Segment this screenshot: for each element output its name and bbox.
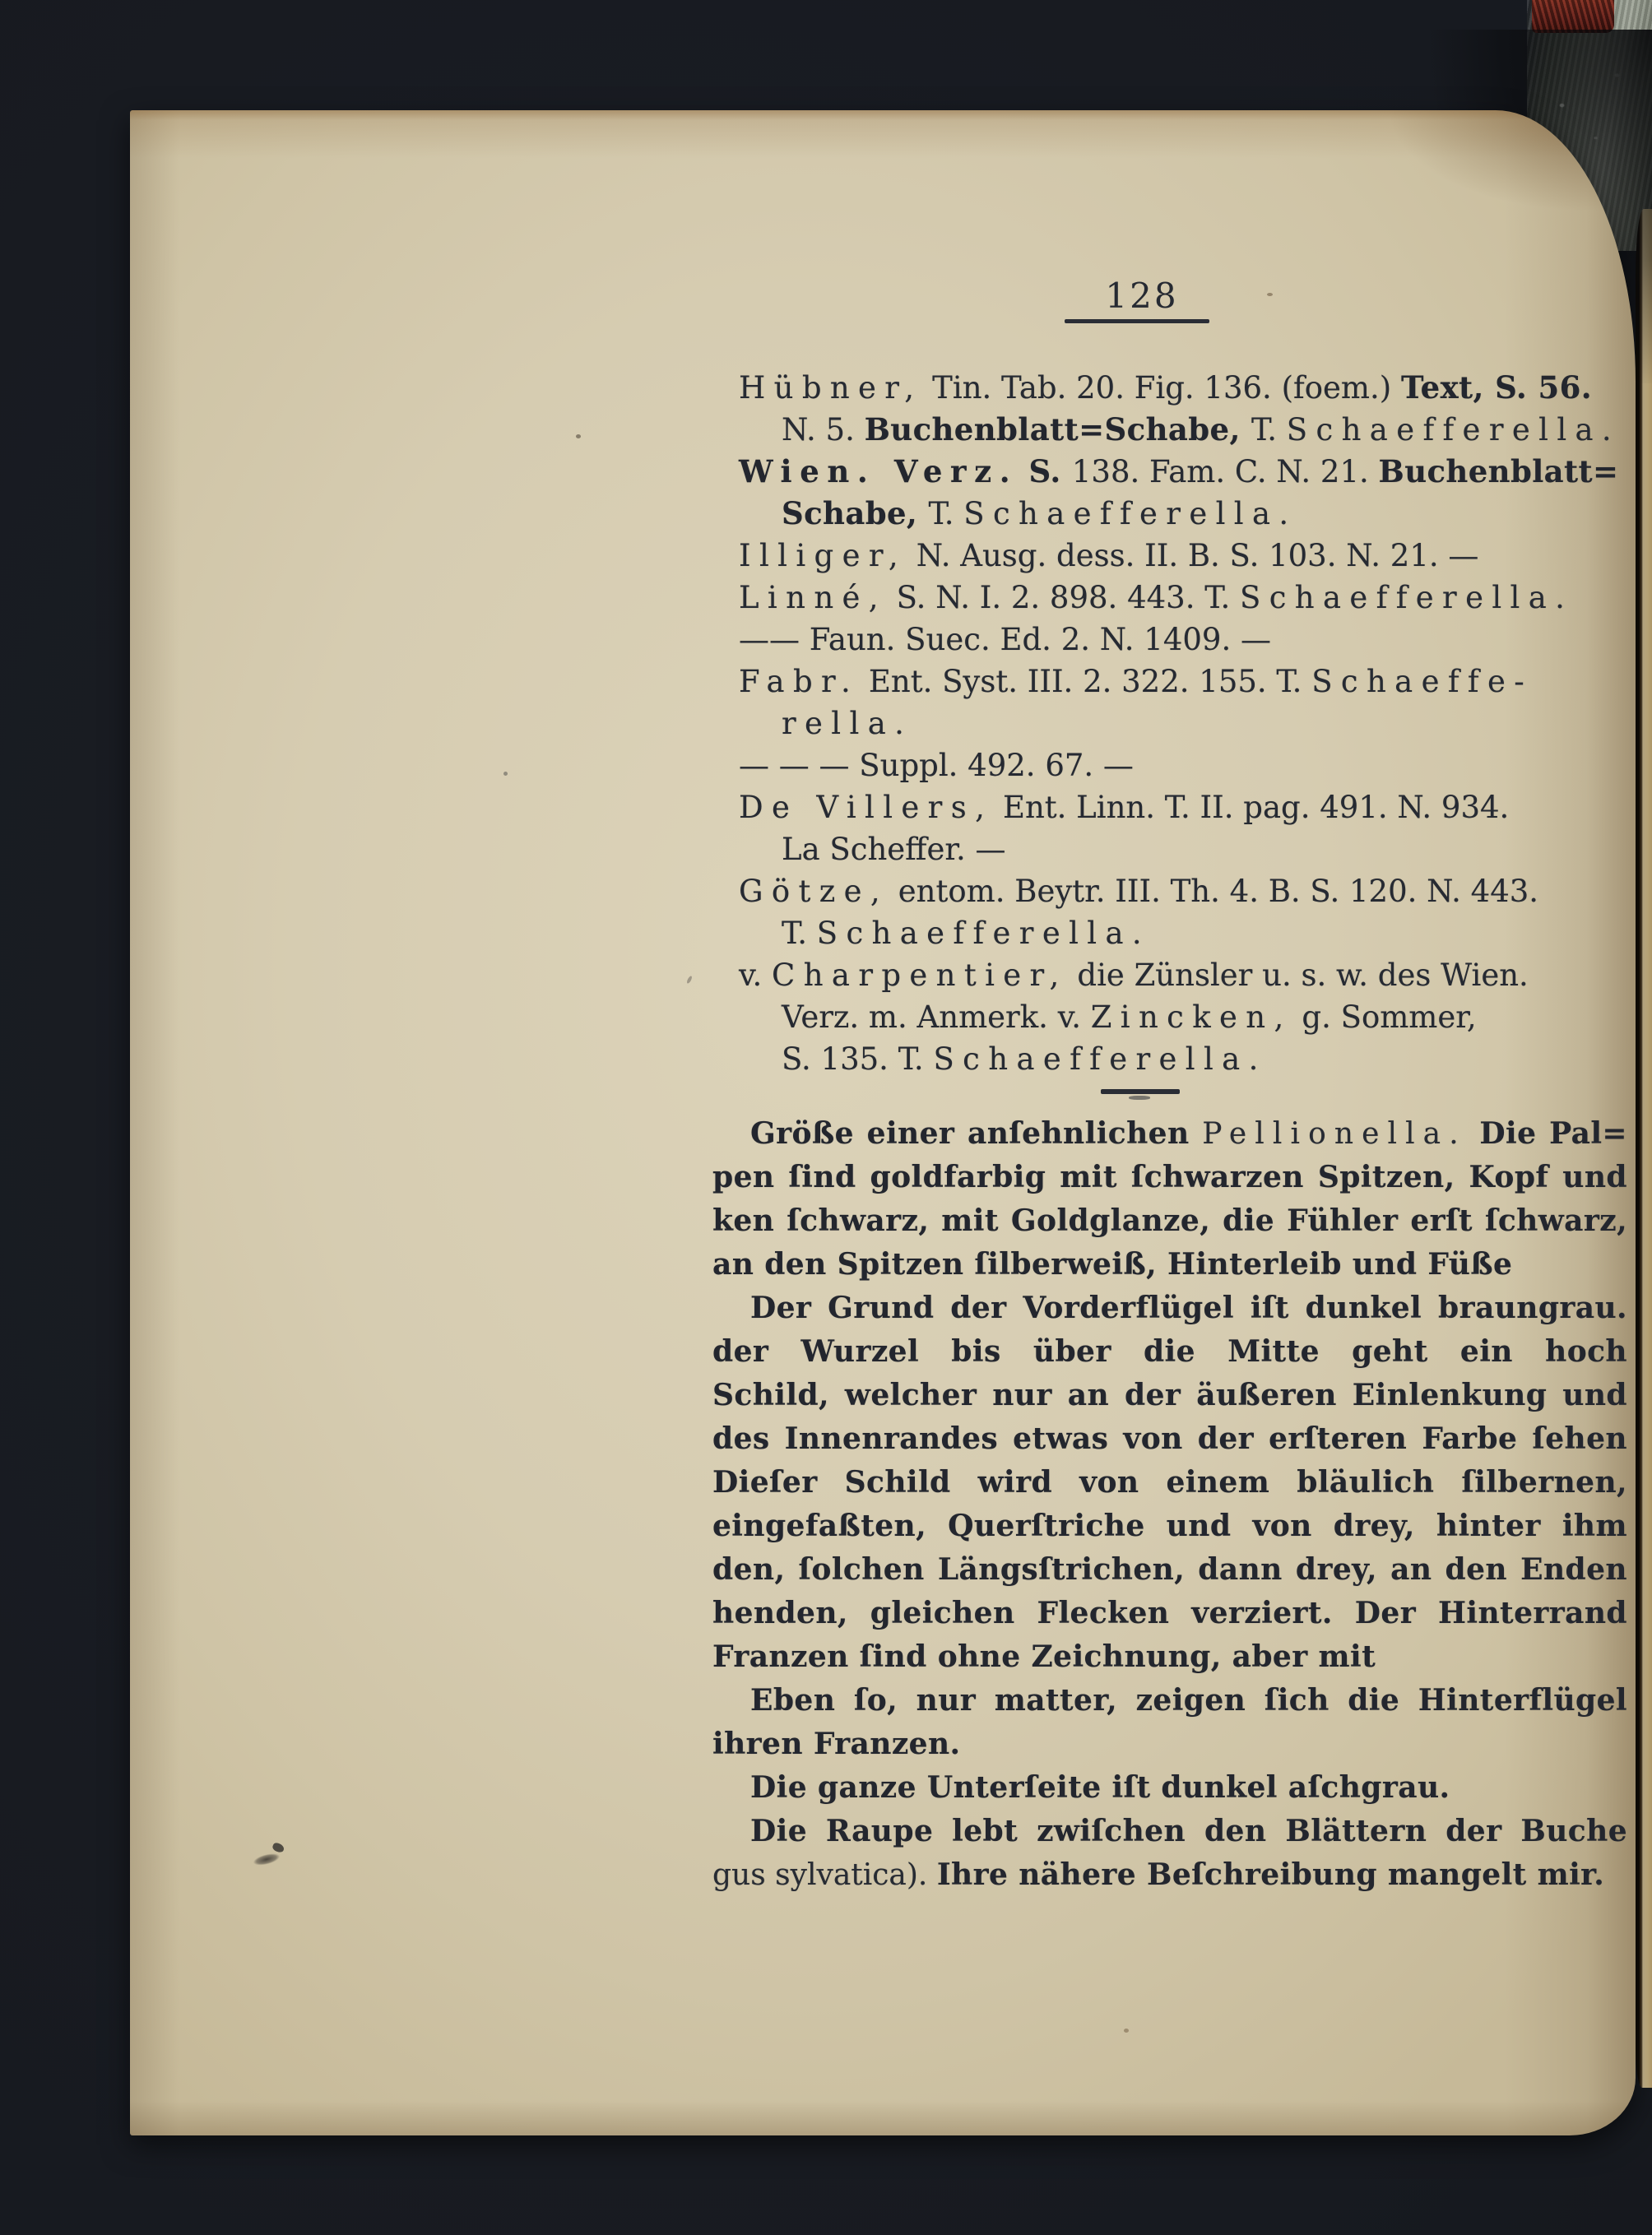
roman-text-segment: Verz. m. Anmerk. v. [782, 999, 1091, 1035]
body-text-line: Die Raupe lebt zwiſchen den Blättern der… [712, 1810, 1627, 1853]
page-number-rule [1065, 319, 1209, 323]
body-text-line: Dieſer Schild wird von einem bläulich ſi… [712, 1461, 1627, 1505]
roman-text-segment: Schaefferella. [963, 496, 1297, 531]
bibliography-line: De Villers, Ent. Linn. T. II. pag. 491. … [739, 786, 1637, 828]
roman-text-segment: die Zünsler u. s. w. des Wien. [1068, 958, 1529, 993]
paper-speck [576, 434, 581, 438]
roman-text-segment: La Scheffer. — [782, 832, 1006, 867]
fraktur-text-segment: des Innenrandes etwas von der erſteren F… [712, 1421, 1627, 1461]
fraktur-text-segment: ihren Franzen. [712, 1727, 960, 1761]
bibliography-line: v. Charpentier, die Zünsler u. s. w. des… [739, 954, 1637, 996]
body-text-line: Größe einer anſehnlichen Pellionella. Di… [712, 1112, 1627, 1156]
section-divider-rule [1101, 1089, 1180, 1094]
body-text-line: Der Grund der Vorderflügel iſt dunkel br… [712, 1287, 1627, 1330]
body-text-line: eingefaßten, Querſtriche und von drey, h… [712, 1505, 1627, 1548]
roman-text-segment: Schaeffe- [1311, 664, 1533, 699]
body-text-line: henden, gleichen Flecken verziert. Der H… [712, 1592, 1627, 1635]
page-stack-edge [1636, 209, 1652, 2088]
roman-text-segment: Pellionella. [1202, 1117, 1467, 1151]
bibliography-line: —— Faun. Suec. Ed. 2. N. 1409. — [739, 619, 1637, 661]
roman-text-segment: Charpentier, [772, 958, 1068, 993]
roman-text-segment: Ent. Syst. III. 2. 322. 155. T. [859, 664, 1311, 699]
fraktur-text-segment: eingefaßten, Querſtriche und von drey, h… [712, 1509, 1627, 1548]
bibliography-line: Verz. m. Anmerk. v. Zincken, g. Sommer, [739, 996, 1637, 1038]
body-text-line: den, ſolchen Längsſtrichen, dann drey, a… [712, 1548, 1627, 1592]
roman-text-segment: S. 135. T. [782, 1041, 933, 1077]
bibliography-line: Schabe, T. Schaefferella. [739, 493, 1637, 535]
fraktur-text-segment: Buchenblatt=Schabe, [865, 411, 1251, 447]
paper-speck [1267, 293, 1273, 296]
roman-text-segment: Schaefferella. [933, 1041, 1266, 1077]
roman-text-segment: Schaefferella. [1287, 412, 1620, 447]
roman-text-segment: rella. [782, 706, 912, 741]
roman-text-segment: Tin. Tab. 20. Fig. 136. (foem.) [922, 370, 1401, 406]
fraktur-text-segment: Dieſer Schild wird von einem bläulich ſi… [712, 1465, 1627, 1505]
bibliography-line: Fabr. Ent. Syst. III. 2. 322. 155. T. Sc… [739, 661, 1637, 702]
roman-text-segment: — — — Suppl. 492. 67. — [739, 748, 1134, 783]
roman-text-segment: entom. Beytr. III. Th. 4. B. S. 120. N. … [889, 874, 1538, 909]
bibliography-line: Götze, entom. Beytr. III. Th. 4. B. S. 1… [739, 870, 1637, 912]
bibliography-line: rella. [739, 702, 1637, 744]
body-text-line: des Innenrandes etwas von der erſteren F… [712, 1417, 1627, 1461]
roman-text-segment: N. Ausg. dess. II. B. S. 103. N. 21. — [907, 538, 1478, 573]
roman-text-segment: Illiger, [739, 538, 907, 573]
roman-text-segment: T. [929, 496, 964, 531]
paper-speck [503, 772, 508, 776]
roman-text-segment: Zincken, [1091, 999, 1292, 1035]
fraktur-text-segment: Größe einer anſehnlichen [750, 1116, 1202, 1151]
roman-text-segment: T. [1251, 412, 1287, 447]
paper-speck [1124, 2029, 1129, 2033]
roman-text-segment: Linné, [739, 580, 887, 615]
roman-text-segment: gus sylvatica). [712, 1858, 937, 1892]
body-text-line: ken ſchwarz, mit Goldglanze, die Fühler … [712, 1199, 1627, 1243]
scan-background: 128 Hübner, Tin. Tab. 20. Fig. 136. (foe… [0, 0, 1652, 2235]
bibliography-line: Hübner, Tin. Tab. 20. Fig. 136. (foem.) … [739, 367, 1637, 409]
roman-text-segment: T. [782, 916, 817, 951]
body-text-line: gus sylvatica). Ihre nähere Beſchreibung… [712, 1853, 1627, 1897]
scanned-book-page: 128 Hübner, Tin. Tab. 20. Fig. 136. (foe… [130, 110, 1636, 2135]
roman-text-segment: Götze, [739, 874, 889, 909]
roman-text-segment: Fabr. [739, 664, 859, 699]
fraktur-text-segment: Die ganze Unterſeite iſt dunkel aſchgrau… [750, 1770, 1450, 1805]
roman-text-segment: Schaefferella. [817, 916, 1150, 951]
bibliography-line: S. 135. T. Schaefferella. [739, 1038, 1637, 1080]
roman-text-segment: Schaefferella. [1240, 580, 1573, 615]
body-text-line: an den Spitzen ſilberweiß, Hinterleib un… [712, 1243, 1627, 1287]
body-text-line: pen ſind goldfarbig mit ſchwarzen Spitze… [712, 1156, 1627, 1199]
fraktur-text-segment: S. [1018, 453, 1072, 489]
fraktur-text-segment: Der Grund der Vorderflügel iſt dunkel br… [750, 1291, 1627, 1330]
fraktur-text-segment: Schild, welcher nur an der äußeren Einle… [712, 1378, 1627, 1417]
fraktur-text-segment: Text, S. 56. [1401, 369, 1592, 406]
body-text-line: Franzen ſind ohne Zeichnung, aber mit Go… [712, 1635, 1627, 1679]
species-description: Größe einer anſehnlichen Pellionella. Di… [712, 1112, 1627, 1897]
fraktur-text-segment: an den Spitzen ſilberweiß, Hinterleib un… [712, 1247, 1512, 1287]
bibliography-line: Linné, S. N. I. 2. 898. 443. T. Schaeffe… [739, 577, 1637, 619]
fraktur-text-segment: Schabe, [782, 495, 929, 531]
bibliography-line: T. Schaefferella. [739, 912, 1637, 954]
body-text-line: ihren Franzen. [712, 1723, 1627, 1766]
roman-text-segment: v. [739, 958, 772, 993]
fraktur-text-segment: Die Raupe lebt zwiſchen den Blättern der… [750, 1814, 1627, 1848]
bibliography-line: Wien. Verz. S. 138. Fam. C. N. 21. Buche… [739, 451, 1637, 493]
bibliography-line: — — — Suppl. 492. 67. — [739, 744, 1637, 786]
bibliography-list: Hübner, Tin. Tab. 20. Fig. 136. (foem.) … [739, 367, 1637, 1080]
fraktur-text-segment: Ihre nähere Beſchreibung mangelt mir. [937, 1857, 1604, 1892]
body-text-line: Die ganze Unterſeite iſt dunkel aſchgrau… [712, 1766, 1627, 1810]
roman-text-segment: Hübner, [739, 370, 922, 406]
fraktur-text-segment: der Wurzel bis über die Mitte geht ein h… [712, 1334, 1627, 1374]
roman-text-segment: 138. Fam. C. N. 21. [1072, 454, 1379, 489]
body-text-line: der Wurzel bis über die Mitte geht ein h… [712, 1330, 1627, 1374]
roman-text-segment: Ent. Linn. T. II. pag. 491. N. 934. [993, 790, 1509, 825]
body-text-line: Eben ſo, nur matter, zeigen ſich die Hin… [712, 1679, 1627, 1723]
bibliography-line: N. 5. Buchenblatt=Schabe, T. Schaefferel… [739, 409, 1637, 451]
bibliography-line: Illiger, N. Ausg. dess. II. B. S. 103. N… [739, 535, 1637, 577]
fraktur-text-segment: den, ſolchen Längsſtrichen, dann drey, a… [712, 1552, 1627, 1592]
fraktur-text-segment: ken ſchwarz, mit Goldglanze, die Fühler … [712, 1203, 1627, 1243]
marbled-edge [1532, 0, 1614, 33]
fraktur-text-segment: Wien. Verz. [739, 453, 1018, 489]
fraktur-text-segment: Eben ſo, nur matter, zeigen ſich die Hin… [750, 1683, 1627, 1723]
roman-text-segment: S. N. I. 2. 898. 443. T. [887, 580, 1240, 615]
fraktur-text-segment: Franzen ſind ohne Zeichnung, aber mit Go… [712, 1639, 1376, 1679]
roman-text-segment: —— Faun. Suec. Ed. 2. N. 1409. — [739, 622, 1271, 657]
fraktur-text-segment: pen ſind goldfarbig mit ſchwarzen Spitze… [712, 1160, 1627, 1199]
roman-text-segment: g. Sommer, [1292, 999, 1477, 1035]
roman-text-segment: N. 5. [782, 412, 865, 447]
fraktur-text-segment: henden, gleichen Flecken verziert. Der H… [712, 1596, 1627, 1635]
bibliography-line: La Scheffer. — [739, 828, 1637, 870]
fraktur-text-segment: Buchenblatt= [1379, 453, 1619, 489]
page-number: 128 [1002, 278, 1282, 314]
body-text-line: Schild, welcher nur an der äußeren Einle… [712, 1374, 1627, 1417]
page-header: 128 [1002, 278, 1282, 323]
fraktur-text-segment: Die Pal= [1467, 1116, 1627, 1151]
roman-text-segment: De Villers, [739, 790, 993, 825]
